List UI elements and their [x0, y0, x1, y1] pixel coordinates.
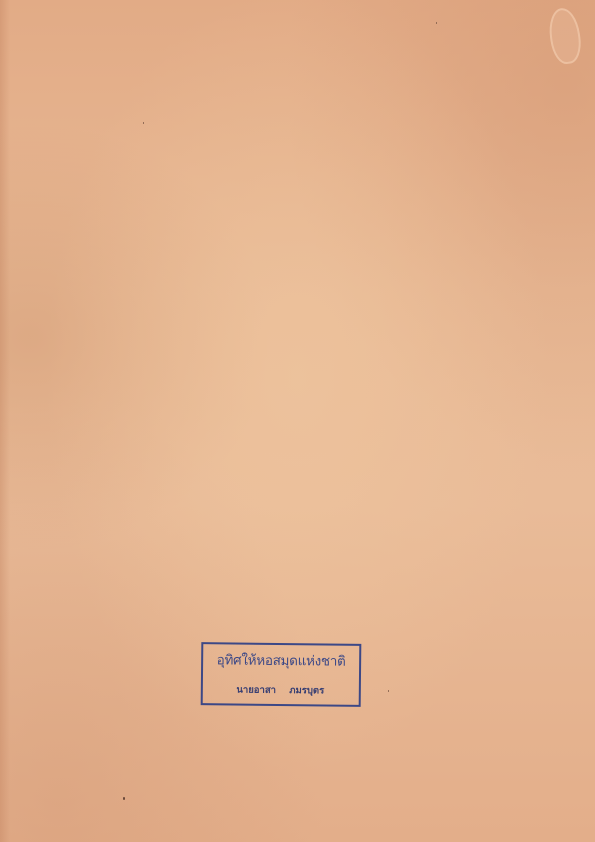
- water-stain-mark: [546, 6, 584, 66]
- paper-speck: [143, 122, 144, 124]
- stamp-dedication-text: อุทิศให้หอสมุดแห่งชาติ: [205, 648, 357, 672]
- paper-speck: [388, 690, 389, 692]
- paper-speck: [436, 22, 437, 24]
- stamp-donor-name: นายอาสา ภมรบุตร: [203, 682, 358, 699]
- document-page: อุทิศให้หอสมุดแห่งชาติ นายอาสา ภมรบุตร: [0, 0, 595, 842]
- page-edge-shadow: [0, 0, 10, 842]
- paper-speck: [123, 797, 125, 800]
- library-donation-stamp: อุทิศให้หอสมุดแห่งชาติ นายอาสา ภมรบุตร: [201, 642, 362, 707]
